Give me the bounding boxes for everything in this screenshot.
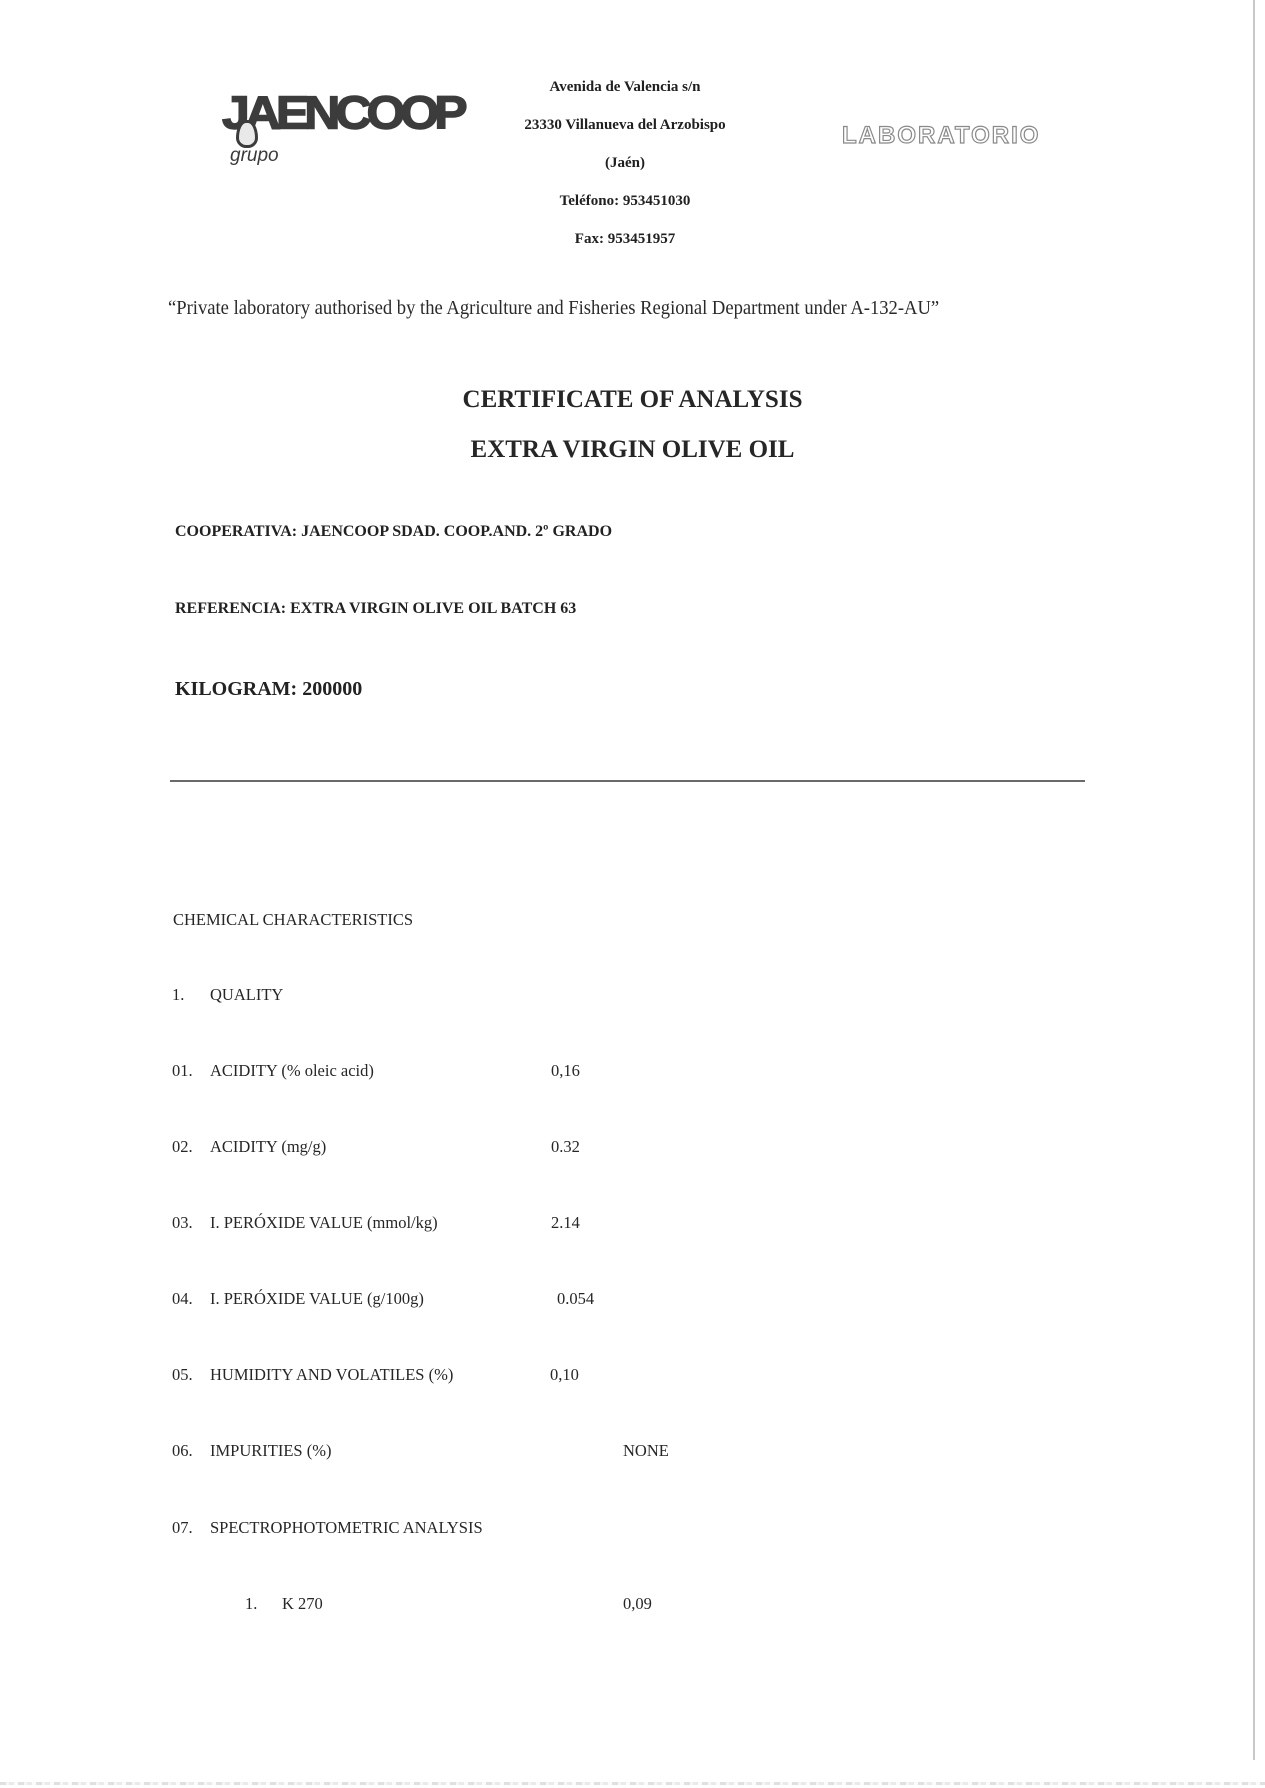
item-value: 0,16 [551, 1061, 580, 1081]
logo-wordmark: JAENCOOP [222, 90, 463, 136]
address-fax: Fax: 953451957 [500, 220, 750, 258]
jaencoop-logo: JAENCOOP grupo [222, 90, 462, 180]
product-title: EXTRA VIRGIN OLIVE OIL [0, 436, 1265, 464]
list-item: 1. QUALITY [0, 985, 1265, 1009]
authorisation-statement: “Private laboratory authorised by the Ag… [168, 297, 1042, 320]
item-label: IMPURITIES (%) [210, 1441, 331, 1461]
divider-rule [170, 780, 1085, 782]
address-block: Avenida de Valencia s/n 23330 Villanueva… [500, 68, 750, 258]
list-item: 07. SPECTROPHOTOMETRIC ANALYSIS [0, 1518, 1265, 1542]
list-item: 06. IMPURITIES (%) NONE [0, 1441, 1265, 1465]
item-value: 0.054 [557, 1289, 594, 1309]
laboratorio-label: LABORATORIO [842, 122, 1040, 150]
kilogram-field: KILOGRAM: 200000 [175, 678, 362, 701]
item-value: NONE [623, 1441, 669, 1461]
item-number: 04. [172, 1289, 193, 1309]
list-item: 03. I. PERÓXIDE VALUE (mmol/kg) 2.14 [0, 1213, 1265, 1237]
item-value: 0,10 [550, 1365, 579, 1385]
item-number: 1. [245, 1594, 257, 1614]
item-number: 06. [172, 1441, 193, 1461]
address-phone: Teléfono: 953451030 [500, 182, 750, 220]
logo-subtitle: grupo [230, 145, 279, 167]
list-item: 05. HUMIDITY AND VOLATILES (%) 0,10 [0, 1365, 1265, 1389]
item-number: 02. [172, 1137, 193, 1157]
referencia-field: REFERENCIA: EXTRA VIRGIN OLIVE OIL BATCH… [175, 600, 576, 618]
list-item: 01. ACIDITY (% oleic acid) 0,16 [0, 1061, 1265, 1085]
address-street: Avenida de Valencia s/n [500, 68, 750, 106]
item-label: K 270 [282, 1594, 323, 1614]
address-province: (Jaén) [500, 144, 750, 182]
olive-oil-drop-icon [236, 120, 258, 148]
item-label: ACIDITY (mg/g) [210, 1137, 326, 1157]
item-number: 07. [172, 1518, 193, 1538]
section-title: CHEMICAL CHARACTERISTICS [173, 910, 413, 930]
item-label: QUALITY [210, 985, 283, 1005]
item-label: I. PERÓXIDE VALUE (mmol/kg) [210, 1213, 438, 1233]
item-label: SPECTROPHOTOMETRIC ANALYSIS [210, 1518, 483, 1538]
item-value: 0,09 [623, 1594, 652, 1614]
item-number: 03. [172, 1213, 193, 1233]
list-item: 02. ACIDITY (mg/g) 0.32 [0, 1137, 1265, 1161]
item-value: 2.14 [551, 1213, 580, 1233]
item-number: 01. [172, 1061, 193, 1081]
cooperativa-field: COOPERATIVA: JAENCOOP SDAD. COOP.AND. 2º… [175, 523, 612, 541]
item-value: 0.32 [551, 1137, 580, 1157]
item-label: HUMIDITY AND VOLATILES (%) [210, 1365, 453, 1385]
list-item: 04. I. PERÓXIDE VALUE (g/100g) 0.054 [0, 1289, 1265, 1313]
page-edge [1253, 0, 1255, 1760]
item-number: 1. [172, 985, 184, 1005]
scan-footer-noise [0, 1782, 1265, 1785]
document-title: CERTIFICATE OF ANALYSIS [0, 386, 1265, 414]
list-item: 1. K 270 0,09 [0, 1594, 1265, 1618]
item-number: 05. [172, 1365, 193, 1385]
item-label: ACIDITY (% oleic acid) [210, 1061, 374, 1081]
item-label: I. PERÓXIDE VALUE (g/100g) [210, 1289, 424, 1309]
address-city: 23330 Villanueva del Arzobispo [500, 106, 750, 144]
